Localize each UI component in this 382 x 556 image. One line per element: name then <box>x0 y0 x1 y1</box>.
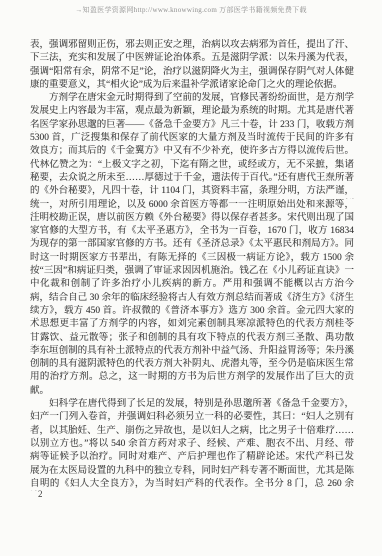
watermark-text: →知盈医学资源网http://www.knowwing.com 万部医学书籍视频… <box>0 5 382 15</box>
text-line: 展为在太医局设置的九科中的独立专科，同时妇产科专著不断面世，尤其是陈 <box>30 465 354 478</box>
text-line: 家官修的大型方书，有《太平圣惠方》，全书为一百卷，1670 门，收方 16834… <box>30 225 354 238</box>
text-line: 按“三因”和病证归类，强调了审证求因因机施治。钱乙在《小儿药证直诀》一书 <box>30 265 354 278</box>
text-line: 的《外台秘要》，凡四十卷，计 1104 门，其资料丰富，条理分明，方法严谨，体例 <box>30 185 354 198</box>
text-line: 效良方；而其后的《千金翼方》中又有不少补充，使许多古方得以流传后世。宋 <box>30 145 354 158</box>
text-line: 甘露饮、益元散等；张子和创制的具有攻下特点的代表方剂三圣散、禹功散等； <box>30 332 354 345</box>
text-line: 以别立方也。”将以 540 余首方药对求子、经候、产难、胞衣不出、月经、带下、杂 <box>30 438 354 451</box>
text-line: 表，强调邪留则正伤，邪去则正安之理，治病以攻去病邪为首任，提出了汗、吐、 <box>30 39 354 52</box>
text-line: 为现存的第一部国家官修的方书。还有《圣济总录》《太平惠民和剂局方》。同 <box>30 238 354 251</box>
text-line: 注明校勘正误，唐以前医方赖《外台秘要》得以保存者甚多。宋代则出现了国 <box>30 212 354 225</box>
text-line: 病等证候予以治疗。同时对难产、产后护理也作了精辟论述。宋代产科已发 <box>30 451 354 464</box>
text-line: 秘要，去众说之所未至……厚德过于千金，遗法传于百代。”还有唐代王焘所著 <box>30 172 354 185</box>
text-line: 康的重要意义，其“相火论”成为后来温补学派诸家论命门之火的理论依据。 <box>30 79 354 92</box>
text-line: 妇产一门列入卷首，并强调妇科必须另立一科的必要性，其曰：“妇人之别有方 <box>30 411 354 424</box>
page-body: 表，强调邪留则正伤，邪去则正安之理，治病以攻去病邪为首任，提出了汗、吐、下三法，… <box>30 39 354 491</box>
text-line: 代林亿赞之为：“上极文字之初，下迄有隋之世，或经或方，无不采摭，集诸家之 <box>30 159 354 172</box>
text-line: 用的治疗方剂。总之，这一时期的方书为后世方剂学的发展作出了巨大的贡 <box>30 371 354 384</box>
text-line: 方剂学在唐宋金元时期得到了空前的发展，官修民著纷纷面世，是方剂学 <box>30 92 354 105</box>
text-line: 发展史上内容最为丰富，观点最为新颖，理论最为系统的时期。尤其是唐代著 <box>30 105 354 118</box>
text-line: 下三法，充实和发展了中医辨证论治体系。五是滋阴学派：以朱丹溪为代表， <box>30 52 354 65</box>
page-number: 2 <box>38 489 43 499</box>
text-line: 时这一时期医家方书辈出，有陈无择的《三因极一病证方论》，载方 1500 余首， <box>30 252 354 265</box>
text-line: 术思想更丰富了方剂学的内容，如刘完素创制具寒凉派特色的代表方剂桂苓 <box>30 318 354 331</box>
text-line: 自明的《妇人大全良方》，为当时妇产科的代表作。全书分 8 门，总 260 余论， <box>30 478 354 491</box>
text-line: 献。 <box>30 385 354 398</box>
text-line: 统一，对所引用理论，以及 6000 余首医方等都一一注明原始出处和来源等，并 <box>30 199 354 212</box>
text-line: 创制的具有滋阴派特色的代表方剂大补阴丸、虎潜丸等，至今仍是临床医生常 <box>30 358 354 371</box>
text-line: 名医学家孙思邈的巨著——《备急千金要方》凡三十卷，计 233 门，收载方剂约 <box>30 119 354 132</box>
text-line: 妇科学在唐代得到了长足的发展，特别是孙思邈所著《备急千金要方》，把 <box>30 398 354 411</box>
text-line: 强调“阳常有余，阴常不足”论，治疗以滋阴降火为主，强调保存阴气对人体健 <box>30 66 354 79</box>
text-line: 者，以其胎妊、生产、崩伤之异故也，是以妇人之病，比之男子十倍难疗……所 <box>30 425 354 438</box>
text-line: 病，结合自己 30 余年的临床经验将古人有效方剂总结而著成《济生方》《济生 <box>30 292 354 305</box>
scanned-book-page: →知盈医学资源网http://www.knowwing.com 万部医学书籍视频… <box>0 0 382 556</box>
text-line: 5300 首，广泛搜集和保存了前代医家的大量方剂及当时流传于民间的许多有 <box>30 132 354 145</box>
text-line: 续方》，载方 450 首。许叔微的《普济本事方》选方 300 余首。金元四大家的… <box>30 305 354 318</box>
text-line: 李东垣创制的具有补土派特点的代表方剂补中益气汤、升阳益胃汤等；朱丹溪 <box>30 345 354 358</box>
text-line: 中化裁和创制了许多治疗小儿疾病的新方。严用和强调不能概以古方治今 <box>30 278 354 291</box>
